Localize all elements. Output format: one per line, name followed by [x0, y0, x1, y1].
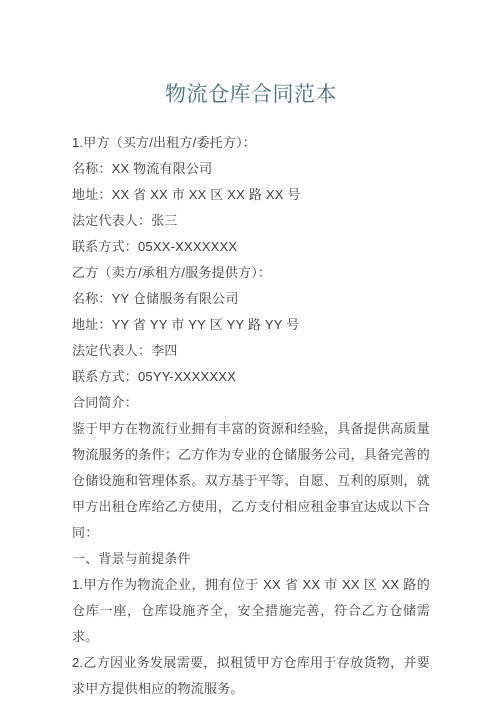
section-1-item-1: 1.甲方作为物流企业，拥有位于 XX 省 XX 市 XX 区 XX 路的仓库一座… — [72, 572, 430, 650]
party-b-contact: 联系方式：05YY-XXXXXXX — [72, 364, 430, 390]
party-a-contact: 联系方式：05XX-XXXXXXX — [72, 234, 430, 260]
party-a-address: 地址：XX 省 XX 市 XX 区 XX 路 XX 号 — [72, 182, 430, 208]
contract-intro-heading: 合同简介： — [72, 390, 430, 416]
section-1-heading: 一、背景与前提条件 — [72, 546, 430, 572]
document-page: 物流仓库合同范本 1.甲方（买方/出租方/委托方）： 名称：XX 物流有限公司 … — [0, 0, 500, 707]
party-a-heading: 1.甲方（买方/出租方/委托方）： — [72, 130, 430, 156]
party-b-legal-representative: 法定代表人：李四 — [72, 338, 430, 364]
party-b-name: 名称：YY 仓储服务有限公司 — [72, 286, 430, 312]
document-title: 物流仓库合同范本 — [72, 84, 430, 106]
party-b-heading: 乙方（卖方/承租方/服务提供方）： — [72, 260, 430, 286]
party-b-address: 地址：YY 省 YY 市 YY 区 YY 路 YY 号 — [72, 312, 430, 338]
party-a-name: 名称：XX 物流有限公司 — [72, 156, 430, 182]
section-1-item-2: 2.乙方因业务发展需要，拟租赁甲方仓库用于存放货物，并要求甲方提供相应的物流服务… — [72, 650, 430, 702]
contract-intro-paragraph: 鉴于甲方在物流行业拥有丰富的资源和经验，具备提供高质量物流服务的条件；乙方作为专… — [72, 416, 430, 546]
party-a-legal-representative: 法定代表人：张三 — [72, 208, 430, 234]
